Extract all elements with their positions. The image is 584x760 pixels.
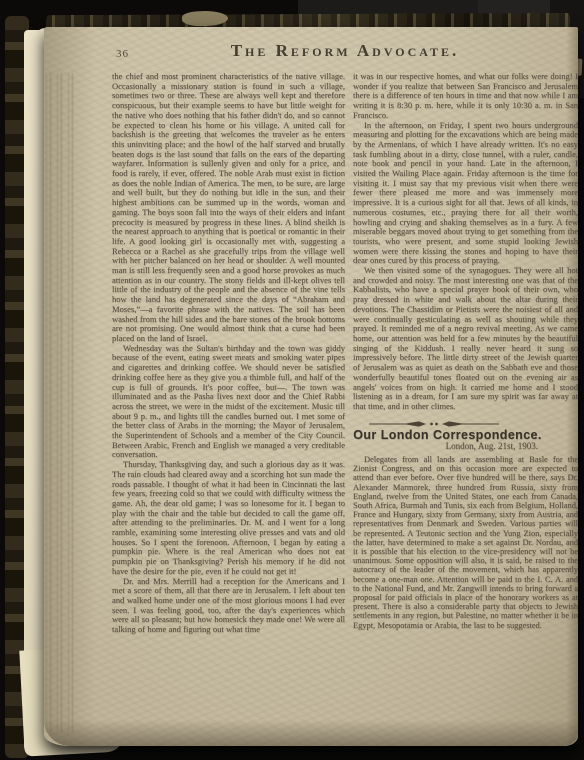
paragraph: Wednesday was the Sultan's birthday and … <box>112 344 345 460</box>
paragraph: Thursday, Thanksgiving day, and such a g… <box>112 460 345 576</box>
paragraph: Delegates from all lands are assembling … <box>353 455 578 630</box>
page-header: 36 The Reform Advocate. <box>112 41 578 67</box>
page-number: 36 <box>116 48 129 60</box>
paragraph: the chief and most prominent characteris… <box>112 72 345 344</box>
page-stack-stripes <box>44 73 78 733</box>
text-columns: the chief and most prominent characteris… <box>112 72 578 635</box>
gutter-shadow <box>44 27 96 746</box>
left-column: the chief and most prominent characteris… <box>112 72 345 635</box>
masthead-title: The Reform Advocate. <box>112 41 578 61</box>
paragraph: Dr. and Mrs. Merrill had a reception for… <box>112 577 345 635</box>
right-column: it was in our respective homes, and what… <box>353 72 578 635</box>
paragraph: In the afternoon, on Friday, I spent two… <box>353 121 578 267</box>
paragraph: We then visited some of the synagogues. … <box>353 266 578 412</box>
printed-content: 36 The Reform Advocate. the chief and mo… <box>112 41 578 635</box>
magazine-page: 36 The Reform Advocate. the chief and mo… <box>44 27 578 746</box>
section-title: Our London Correspondence. <box>353 431 542 441</box>
dateline: London, Aug. 21st, 1903. <box>353 442 578 452</box>
book-photo: 36 The Reform Advocate. the chief and mo… <box>0 0 584 760</box>
paragraph: it was in our respective homes, and what… <box>353 72 578 121</box>
